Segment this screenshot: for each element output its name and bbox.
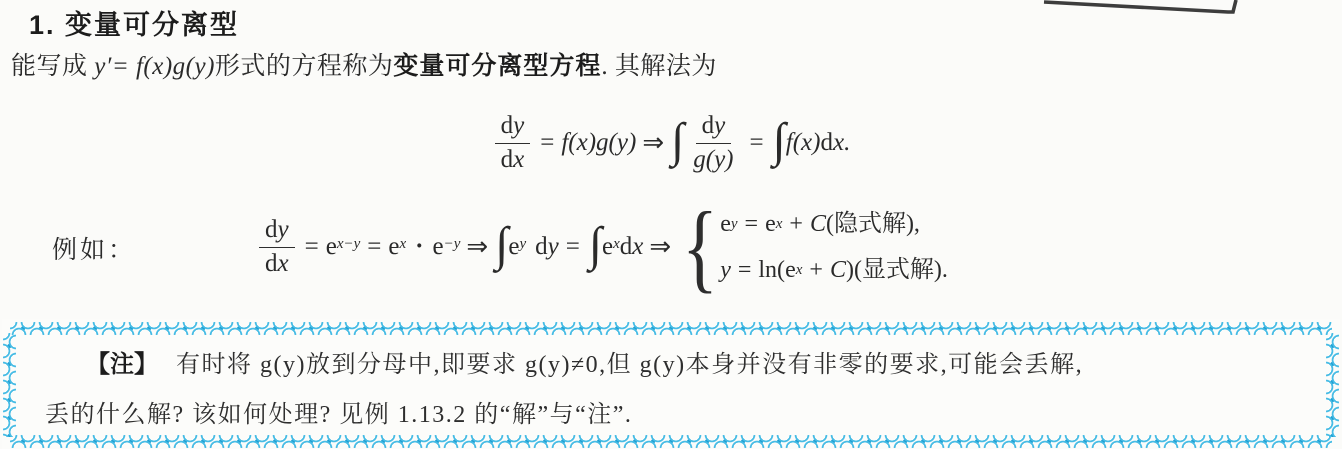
note-text-2: 丢的什么解? 该如何处理? 见例 1.13.2 的“解”与“注”. bbox=[45, 402, 632, 428]
fraction-denominator: dx bbox=[259, 248, 295, 279]
differential-dx: dx bbox=[620, 233, 644, 261]
euler-e: e bbox=[326, 233, 337, 261]
fraction-numerator: dy bbox=[259, 216, 295, 248]
equals-symbol: = bbox=[750, 129, 764, 157]
integral-symbol: ∫ bbox=[589, 221, 602, 269]
plus-symbol: + bbox=[809, 256, 823, 285]
fraction-numerator: dy bbox=[696, 112, 732, 144]
intro-text-post: . 其解法为 bbox=[601, 53, 717, 80]
fraction-dy-dx: dy dx bbox=[495, 112, 531, 175]
intro-text-pre: 能写成 bbox=[11, 53, 94, 80]
intro-text-mid: 形式的方程称为 bbox=[215, 53, 394, 80]
equals-symbol: = bbox=[566, 233, 580, 261]
variable-y: y bbox=[720, 256, 731, 285]
equals-symbol: = bbox=[540, 129, 554, 157]
example-label: 例如： bbox=[52, 230, 136, 266]
frame-corner-decoration bbox=[1038, 0, 1248, 20]
exponent-neg-y: −y bbox=[444, 236, 461, 253]
constant-C: C bbox=[810, 210, 826, 239]
exponent-x: x bbox=[776, 215, 783, 233]
fraction-denominator: g(y) bbox=[687, 144, 739, 175]
integrand-fx: f(x) bbox=[786, 129, 821, 157]
intro-math: y′= f(x)g(y) bbox=[94, 53, 215, 80]
intro-bold-term: 变量可分离型方程 bbox=[393, 52, 601, 80]
wavy-border-right bbox=[1326, 333, 1339, 437]
differential-dx: dx. bbox=[820, 129, 850, 157]
fraction-denominator: dx bbox=[495, 144, 531, 175]
wavy-border-left bbox=[3, 333, 16, 437]
euler-e: e bbox=[433, 233, 444, 261]
euler-e: e bbox=[765, 210, 776, 239]
exponent-x-minus-y: x−y bbox=[337, 236, 360, 253]
exponent-y: y bbox=[519, 236, 526, 253]
euler-e: e bbox=[388, 233, 399, 261]
explicit-solution-row: y = ln(ex + C)(显式解). bbox=[720, 256, 948, 285]
note-line-2: 丢的什么解? 该如何处理? 见例 1.13.2 的“解”与“注”. bbox=[45, 394, 632, 429]
note-text-1: 有时将 g(y)放到分母中,即要求 g(y)≠0,但 g(y)本身并没有非零的要… bbox=[176, 352, 1083, 378]
implies-symbol: ⇒ bbox=[649, 232, 670, 262]
cases-brace: { bbox=[682, 197, 718, 297]
fraction-dy-dx: dy dx bbox=[259, 216, 295, 279]
equals-symbol: = bbox=[745, 210, 759, 239]
rhs-fxgy: f(x)g(y) bbox=[561, 129, 636, 157]
euler-e: e bbox=[602, 233, 613, 261]
equals-symbol: = bbox=[738, 256, 752, 285]
plus-symbol: + bbox=[789, 210, 803, 239]
exponent-x: x bbox=[613, 236, 620, 253]
example-equation: dy dx = ex−y = ex · e−y ⇒ ∫ ey dy = ∫ ex… bbox=[256, 188, 948, 306]
textbook-page: 1. 变量可分离型 能写成 y′= f(x)g(y)形式的方程称为变量可分离型方… bbox=[0, 0, 1342, 449]
wavy-border-top bbox=[10, 322, 1332, 335]
exponent-x: x bbox=[796, 261, 803, 279]
implicit-solution-label: (隐式解), bbox=[826, 210, 920, 239]
integral-symbol: ∫ bbox=[495, 221, 508, 269]
implies-symbol: ⇒ bbox=[642, 128, 663, 158]
equals-symbol: = bbox=[367, 233, 381, 261]
equals-symbol: = bbox=[305, 233, 319, 261]
solution-cases: ey = ex + C(隐式解), y = ln(ex + C)(显式解). bbox=[720, 210, 948, 285]
section-heading: 1. 变量可分离型 bbox=[29, 3, 239, 42]
note-tag: 【注】 bbox=[86, 351, 158, 378]
ln-function: ln( bbox=[758, 256, 785, 285]
integral-symbol: ∫ bbox=[773, 117, 786, 165]
wavy-border-bottom bbox=[10, 435, 1332, 448]
note-line-1: 【注】有时将 g(y)放到分母中,即要求 g(y)≠0,但 g(y)本身并没有非… bbox=[86, 344, 1083, 379]
explicit-solution-label: )(显式解). bbox=[846, 256, 948, 285]
implicit-solution-row: ey = ex + C(隐式解), bbox=[720, 210, 948, 239]
euler-e: e bbox=[785, 256, 796, 285]
differential-dy: dy bbox=[535, 233, 559, 261]
multiplication-dot: · bbox=[415, 233, 423, 261]
intro-paragraph: 能写成 y′= f(x)g(y)形式的方程称为变量可分离型方程. 其解法为 bbox=[11, 46, 717, 82]
exponent-y: y bbox=[731, 215, 738, 233]
integral-symbol: ∫ bbox=[671, 117, 684, 165]
fraction-numerator: dy bbox=[495, 112, 531, 144]
fraction-dy-gy: dy g(y) bbox=[687, 112, 739, 175]
implies-symbol: ⇒ bbox=[466, 232, 487, 262]
euler-e: e bbox=[720, 210, 731, 239]
display-formula-separable: dy dx = f(x)g(y) ⇒ ∫ dy g(y) = ∫ f(x)dx. bbox=[0, 102, 1342, 184]
note-box: 【注】有时将 g(y)放到分母中,即要求 g(y)≠0,但 g(y)本身并没有非… bbox=[2, 319, 1340, 449]
exponent-x: x bbox=[399, 236, 406, 253]
euler-e: e bbox=[508, 233, 519, 261]
constant-C: C bbox=[830, 256, 846, 285]
